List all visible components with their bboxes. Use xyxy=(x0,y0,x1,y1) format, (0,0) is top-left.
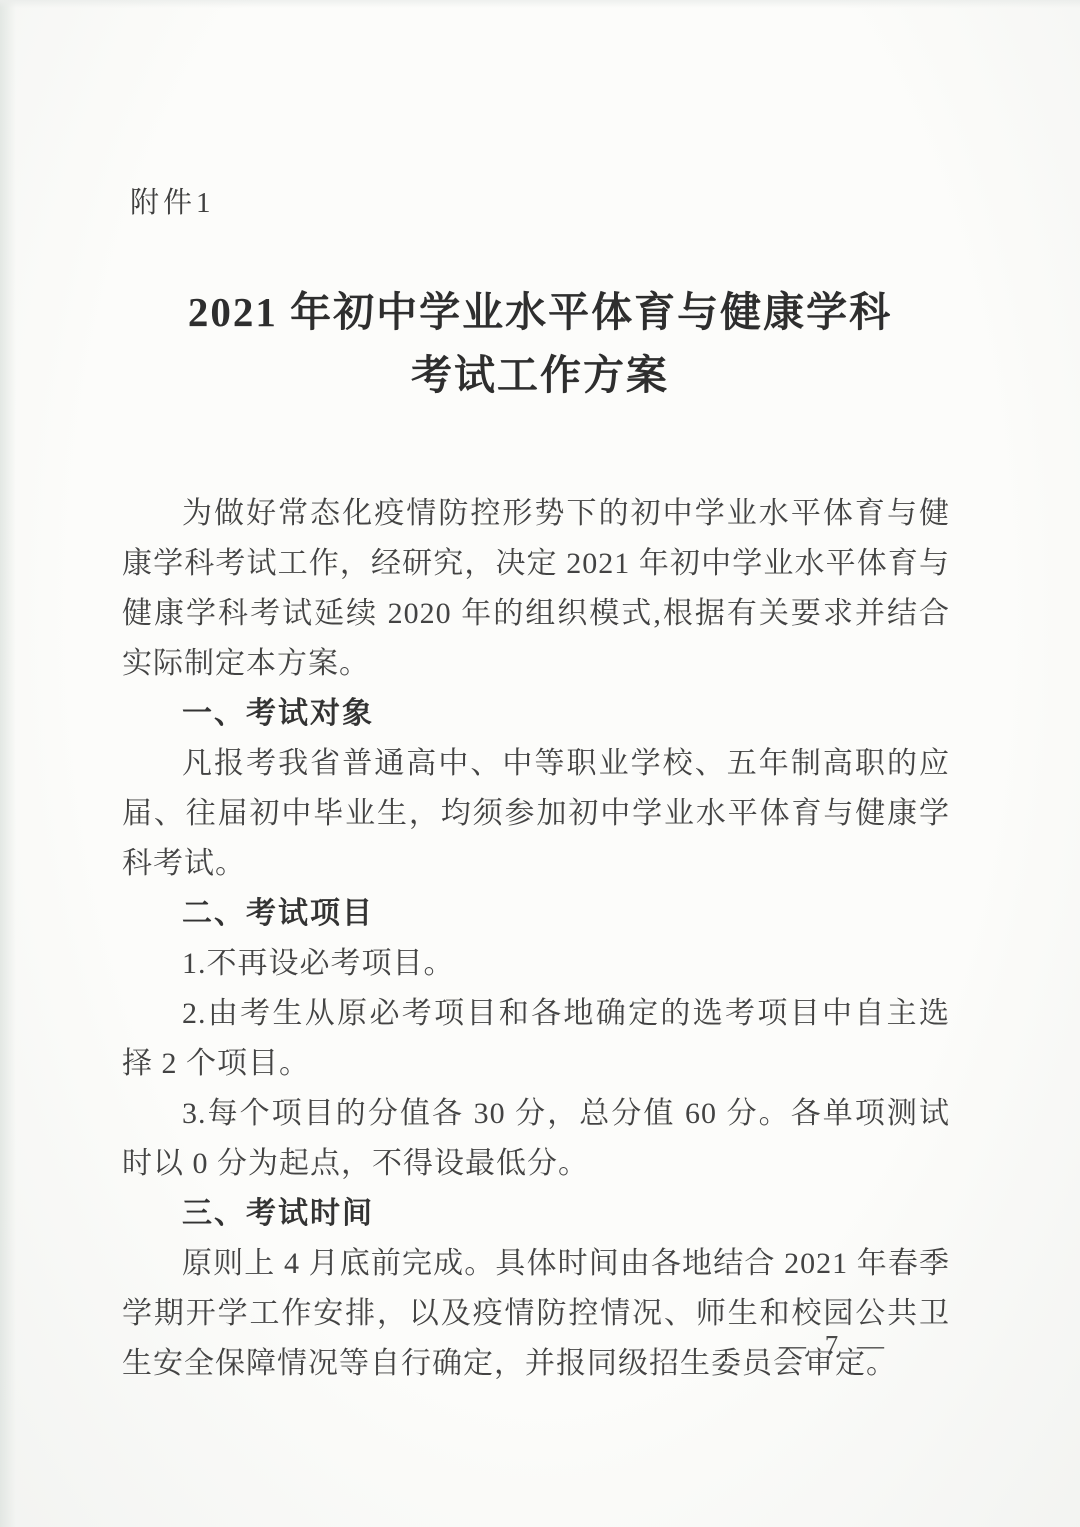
document-title-line1: 2021 年初中学业水平体育与健康学科 xyxy=(0,281,1080,344)
paragraph-exam-item-1: 1.不再设必考项目。 xyxy=(122,939,950,989)
document-content: 附件1 2021 年初中学业水平体育与健康学科 考试工作方案 为做好常态化疫情防… xyxy=(0,180,1080,1389)
page-number: — 7 — xyxy=(779,1330,890,1361)
paragraph-exam-time: 原则上 4 月底前完成。具体时间由各地结合 2021 年春季学期开学工作安排，以… xyxy=(122,1239,950,1389)
scan-edge-top xyxy=(0,0,1080,8)
paragraph-exam-item-3: 3.每个项目的分值各 30 分，总分值 60 分。各单项测试时以 0 分为起点，… xyxy=(122,1089,950,1189)
scanned-document-page: 附件1 2021 年初中学业水平体育与健康学科 考试工作方案 为做好常态化疫情防… xyxy=(0,0,1080,1527)
section-heading-exam-items: 二、考试项目 xyxy=(122,889,950,939)
document-title-line2: 考试工作方案 xyxy=(0,344,1080,407)
paragraph-exam-targets: 凡报考我省普通高中、中等职业学校、五年制高职的应届、往届初中毕业生，均须参加初中… xyxy=(122,739,950,889)
attachment-label: 附件1 xyxy=(130,180,1080,221)
document-body: 为做好常态化疫情防控形势下的初中学业水平体育与健康学科考试工作，经研究，决定 2… xyxy=(122,489,950,1389)
paragraph-intro: 为做好常态化疫情防控形势下的初中学业水平体育与健康学科考试工作，经研究，决定 2… xyxy=(122,489,950,689)
paragraph-exam-item-2: 2.由考生从原必考项目和各地确定的选考项目中自主选择 2 个项目。 xyxy=(122,989,950,1089)
section-heading-exam-targets: 一、考试对象 xyxy=(122,689,950,739)
document-title: 2021 年初中学业水平体育与健康学科 考试工作方案 xyxy=(0,281,1080,407)
section-heading-exam-time: 三、考试时间 xyxy=(122,1189,950,1239)
